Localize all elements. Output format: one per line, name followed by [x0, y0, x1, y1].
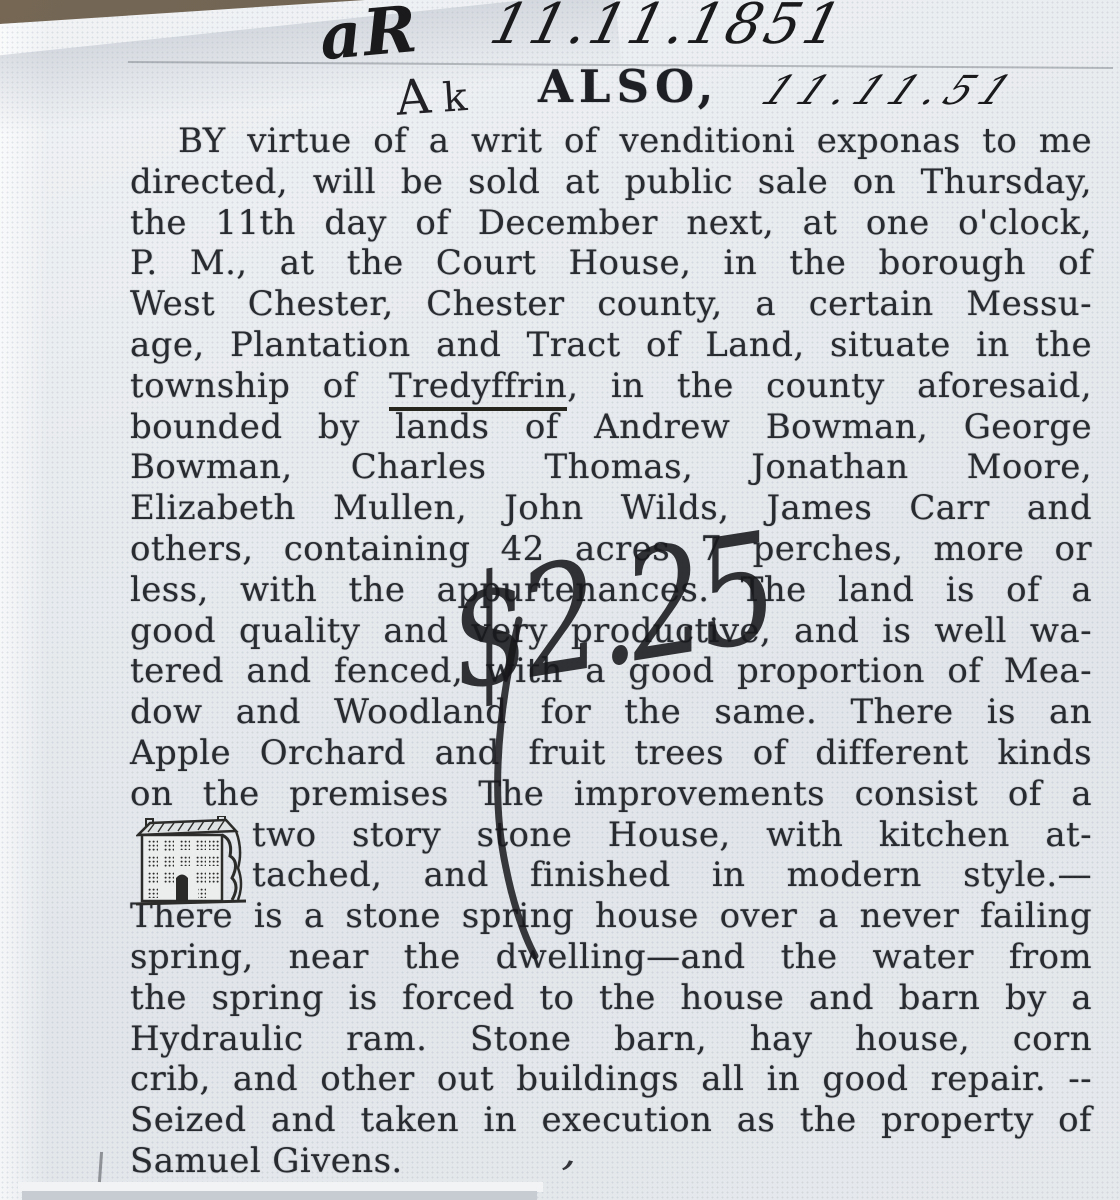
photo-scene: aR 11.11.1851 Ak ALSO, 11.11.51 BY virtu… — [0, 0, 1120, 1200]
body-line: two story stone House, with kitchen at- — [130, 815, 1092, 856]
column-rule-tick — [98, 1152, 103, 1182]
body-line: Samuel Givens. — [130, 1141, 1092, 1182]
handwritten-date-mid: 11.11.51 — [754, 68, 1029, 114]
adjacent-clipping-edge — [22, 1191, 537, 1200]
underlined-word: Tredyffrin — [389, 366, 567, 411]
body-line: Apple Orchard and fruit trees of differe… — [130, 733, 1092, 774]
body-line-tredyffrin: township of Tredyffrin, in the county af… — [130, 366, 1092, 407]
handwritten-initials-top: aR — [317, 0, 422, 75]
body-line: tached, and finished in modern style.— — [130, 855, 1092, 896]
body-line: West Chester, Chester county, a certain … — [130, 284, 1092, 325]
house-woodcut-icon — [136, 816, 248, 908]
body-line: BY virtue of a writ of venditioni expona… — [130, 121, 1092, 162]
body-line: spring, near the dwelling—and the water … — [130, 937, 1092, 978]
newspaper-clipping: aR 11.11.1851 Ak ALSO, 11.11.51 BY virtu… — [0, 0, 1120, 1200]
body-line: There is a stone spring house over a nev… — [130, 896, 1092, 937]
body-line: Seized and taken in execution as the pro… — [130, 1100, 1092, 1141]
body-line: bounded by lands of Andrew Bowman, Georg… — [130, 407, 1092, 448]
headline: ALSO, — [538, 60, 719, 113]
body-line: directed, will be sold at public sale on… — [130, 162, 1092, 203]
body-line: Hydraulic ram. Stone barn, hay house, co… — [130, 1019, 1092, 1060]
body-line: Elizabeth Mullen, John Wilds, James Carr… — [130, 488, 1092, 529]
body-line: crib, and other out buildings all in goo… — [130, 1059, 1092, 1100]
body-line: on the premises The improvements consist… — [130, 774, 1092, 815]
body-line: the 11th day of December next, at one o'… — [130, 203, 1092, 244]
body-line: the spring is forced to the house and ba… — [130, 978, 1092, 1019]
line-prefix: township of — [130, 366, 389, 406]
handwritten-date-top: 11.11.1851 — [484, 0, 851, 57]
body-line: Bowman, Charles Thomas, Jonathan Moore, — [130, 447, 1092, 488]
handwritten-initials-mid: Ak — [394, 65, 481, 127]
body-line: age, Plantation and Tract of Land, situa… — [130, 325, 1092, 366]
body-line: P. M., at the Court House, in the boroug… — [130, 243, 1092, 284]
line-suffix: , in the county aforesaid, — [567, 366, 1092, 406]
